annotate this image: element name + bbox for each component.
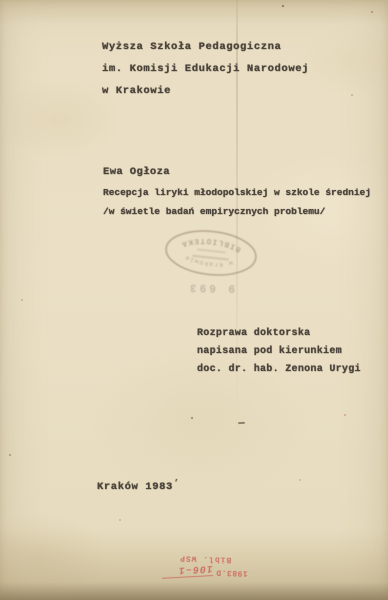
accession-number: 9 693 xyxy=(182,280,240,293)
supervision-line-3: doc. dr. hab. Zenona Urygi xyxy=(197,361,361,379)
scanned-title-page: Wyższa Szkoła Pedagogiczna im. Komisji E… xyxy=(0,0,388,600)
institution-line-2: im. Komisji Edukacji Narodowej xyxy=(102,58,309,80)
library-stamp-smudge-line xyxy=(196,248,225,253)
institution-line-3: w Krakowie xyxy=(102,80,309,102)
supervision-line-1: Rozprawa doktorska xyxy=(197,325,361,343)
ink-smudge xyxy=(238,422,245,424)
accession-stamp-handwritten-number: 106–1 xyxy=(162,561,214,579)
accession-stamp-year-row: 1983.D106–1 xyxy=(146,563,264,582)
accession-stamp: 1983.D106–1 Bibl. WSP xyxy=(146,550,265,582)
author-name: Ewa Ogłoza xyxy=(103,163,371,183)
institution-line-1: Wyższa Szkoła Pedagogiczna xyxy=(102,36,309,58)
library-stamp-oval: BIBLIOTEKA w Krakowie xyxy=(160,222,263,284)
supervision-block: Rozprawa doktorska napisana pod kierunki… xyxy=(197,325,361,379)
library-stamp-city-text: w Krakowie xyxy=(183,253,235,270)
imprint: Kraków 1983’ xyxy=(97,481,179,493)
accession-stamp-year: 1983.D xyxy=(216,567,248,577)
svg-text:w Krakowie: w Krakowie xyxy=(183,253,235,270)
thesis-subtitle: /w świetle badań empirycznych problemu/ xyxy=(103,202,371,222)
ink-tick-mark: ’ xyxy=(174,479,179,488)
supervision-line-2: napisana pod kierunkiem xyxy=(197,343,361,361)
library-stamp: BIBLIOTEKA w Krakowie xyxy=(160,222,263,284)
author-title-block: Ewa Ogłoza Recepcja liryki młodopolskiej… xyxy=(103,163,371,222)
imprint-text: Kraków 1983 xyxy=(97,481,173,493)
thesis-title: Recepcja liryki młodopolskiej w szkole ś… xyxy=(103,183,371,203)
institution-block: Wyższa Szkoła Pedagogiczna im. Komisji E… xyxy=(102,36,309,102)
